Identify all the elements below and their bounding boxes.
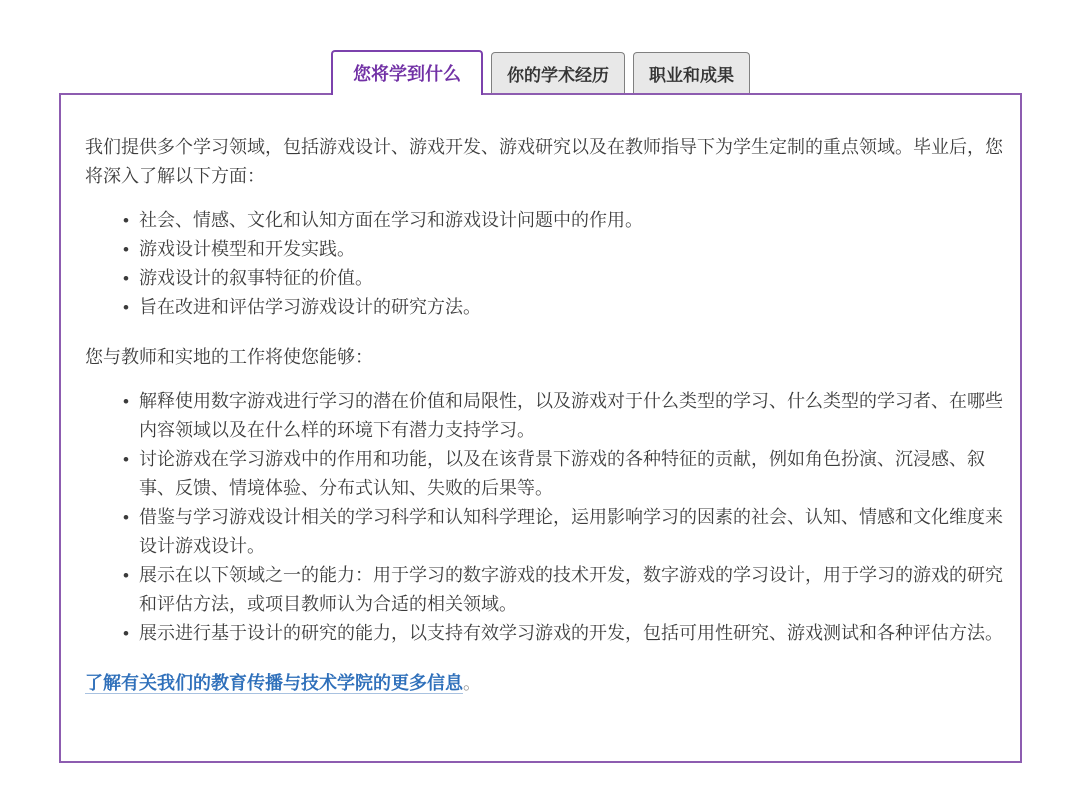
tab-bar: 您将学到什么你的学术经历职业和成果 xyxy=(59,50,1022,93)
tab-panel-what-you-will-learn: 我们提供多个学习领域，包括游戏设计、游戏开发、游戏研究以及在教师指导下为学生定制… xyxy=(59,93,1022,763)
intro-paragraph: 我们提供多个学习领域，包括游戏设计、游戏开发、游戏研究以及在教师指导下为学生定制… xyxy=(85,133,1004,191)
list-item: 旨在改进和评估学习游戏设计的研究方法。 xyxy=(139,293,1004,322)
list-item: 展示进行基于设计的研究的能力，以支持有效学习游戏的开发，包括可用性研究、游戏测试… xyxy=(139,619,1004,648)
learn-more-link[interactable]: 了解有关我们的教育传播与技术学院的更多信息 xyxy=(85,673,463,693)
tab-what-you-will-learn[interactable]: 您将学到什么 xyxy=(331,50,483,95)
list-item: 游戏设计的叙事特征的价值。 xyxy=(139,264,1004,293)
middle-paragraph: 您与教师和实地的工作将使您能够： xyxy=(85,343,1004,372)
tab-your-academic-experience[interactable]: 你的学术经历 xyxy=(491,52,625,93)
abilities-list: 解释使用数字游戏进行学习的潜在价值和局限性，以及游戏对于什么类型的学习、什么类型… xyxy=(85,387,1004,648)
learning-areas-list: 社会、情感、文化和认知方面在学习和游戏设计问题中的作用。游戏设计模型和开发实践。… xyxy=(85,206,1004,322)
tab-careers-and-outcomes[interactable]: 职业和成果 xyxy=(633,52,750,93)
list-item: 解释使用数字游戏进行学习的潜在价值和局限性，以及游戏对于什么类型的学习、什么类型… xyxy=(139,387,1004,445)
list-item: 讨论游戏在学习游戏中的作用和功能，以及在该背景下游戏的各种特征的贡献，例如角色扮… xyxy=(139,445,1004,503)
program-info-widget: 您将学到什么你的学术经历职业和成果 我们提供多个学习领域，包括游戏设计、游戏开发… xyxy=(59,50,1022,763)
list-item: 游戏设计模型和开发实践。 xyxy=(139,235,1004,264)
list-item: 社会、情感、文化和认知方面在学习和游戏设计问题中的作用。 xyxy=(139,206,1004,235)
link-period: 。 xyxy=(463,673,481,693)
more-info-line: 了解有关我们的教育传播与技术学院的更多信息。 xyxy=(85,669,1004,698)
list-item: 展示在以下领域之一的能力：用于学习的数字游戏的技术开发，数字游戏的学习设计，用于… xyxy=(139,561,1004,619)
list-item: 借鉴与学习游戏设计相关的学习科学和认知科学理论，运用影响学习的因素的社会、认知、… xyxy=(139,503,1004,561)
